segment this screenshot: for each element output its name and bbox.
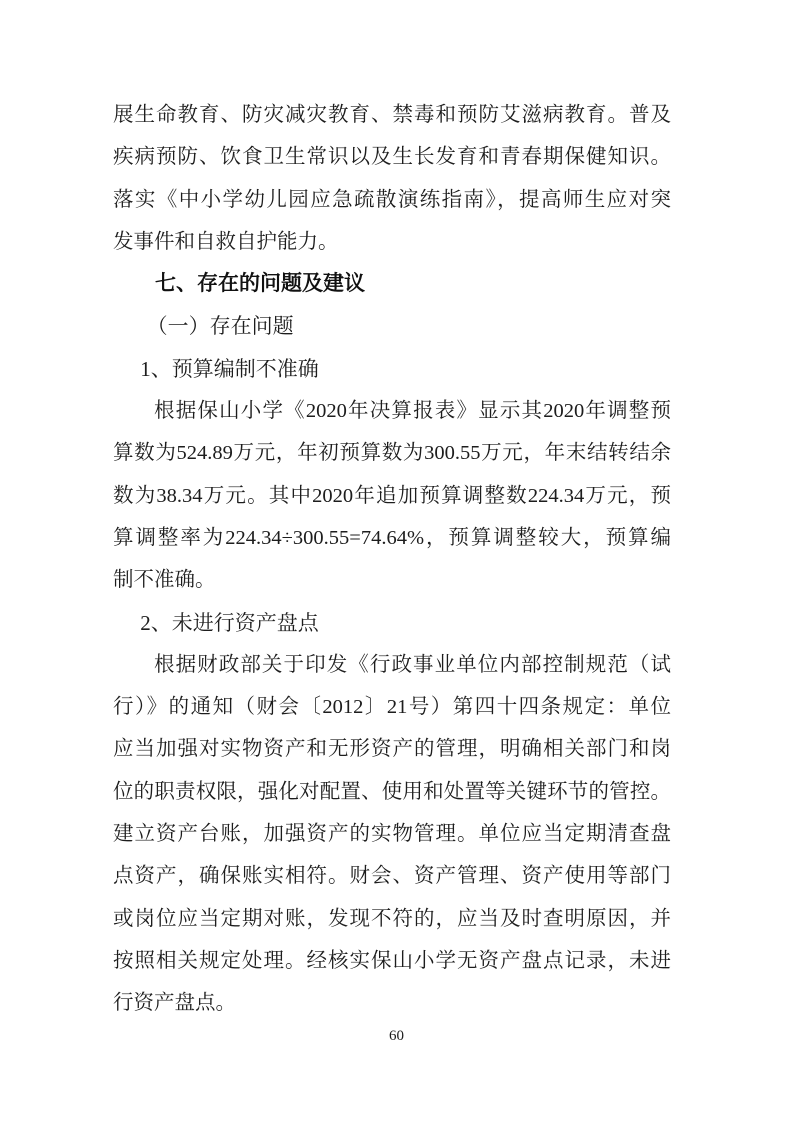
text-line-20: 或岗位应当定期对账，发现不符的，应当及时查明原因，并 — [113, 898, 671, 940]
document-content: 展生命教育、防灾减灾教育、禁毒和预防艾滋病教育。普及疾病预防、饮食卫生常识以及生… — [113, 94, 671, 1025]
text-line-16: 应当加强对实物资产和无形资产的管理，明确相关部门和岗 — [113, 728, 671, 770]
text-line-19: 点资产，确保账实相符。财会、资产管理、资产使用等部门 — [113, 855, 671, 897]
text-line-21: 按照相关规定处理。经核实保山小学无资产盘点记录，未进 — [113, 940, 671, 982]
text-line-8: 根据保山小学《2020年决算报表》显示其2020年调整预 — [113, 390, 671, 432]
document-page: 展生命教育、防灾减灾教育、禁毒和预防艾滋病教育。普及疾病预防、饮食卫生常识以及生… — [0, 0, 793, 1122]
text-line-10: 数为38.34万元。其中2020年追加预算调整数224.34万元，预 — [113, 475, 671, 517]
text-line-17: 位的职责权限，强化对配置、使用和处置等关键环节的管控。 — [113, 771, 671, 813]
text-line-11: 算调整率为224.34÷300.55=74.64%，预算调整较大，预算编 — [113, 517, 671, 559]
text-line-22: 行资产盘点。 — [113, 982, 671, 1024]
text-line-13: 2、未进行资产盘点 — [113, 602, 671, 644]
text-line-15: 行）》的通知（财会〔2012〕21号）第四十四条规定：单位 — [113, 686, 671, 728]
page-number: 60 — [0, 1026, 793, 1046]
text-line-18: 建立资产台账，加强资产的实物管理。单位应当定期清查盘 — [113, 813, 671, 855]
text-line-3: 落实《中小学幼儿园应急疏散演练指南》，提高师生应对突 — [113, 179, 671, 221]
text-line-14: 根据财政部关于印发《行政事业单位内部控制规范（试 — [113, 644, 671, 686]
text-line-5: 七、存在的问题及建议 — [113, 263, 671, 305]
text-line-2: 疾病预防、饮食卫生常识以及生长发育和青春期保健知识。 — [113, 136, 671, 178]
text-line-6: （一）存在问题 — [113, 305, 671, 347]
text-line-12: 制不准确。 — [113, 559, 671, 601]
text-line-9: 算数为524.89万元，年初预算数为300.55万元，年末结转结余 — [113, 432, 671, 474]
text-line-1: 展生命教育、防灾减灾教育、禁毒和预防艾滋病教育。普及 — [113, 94, 671, 136]
text-line-7: 1、预算编制不准确 — [113, 348, 671, 390]
text-line-4: 发事件和自救自护能力。 — [113, 221, 671, 263]
